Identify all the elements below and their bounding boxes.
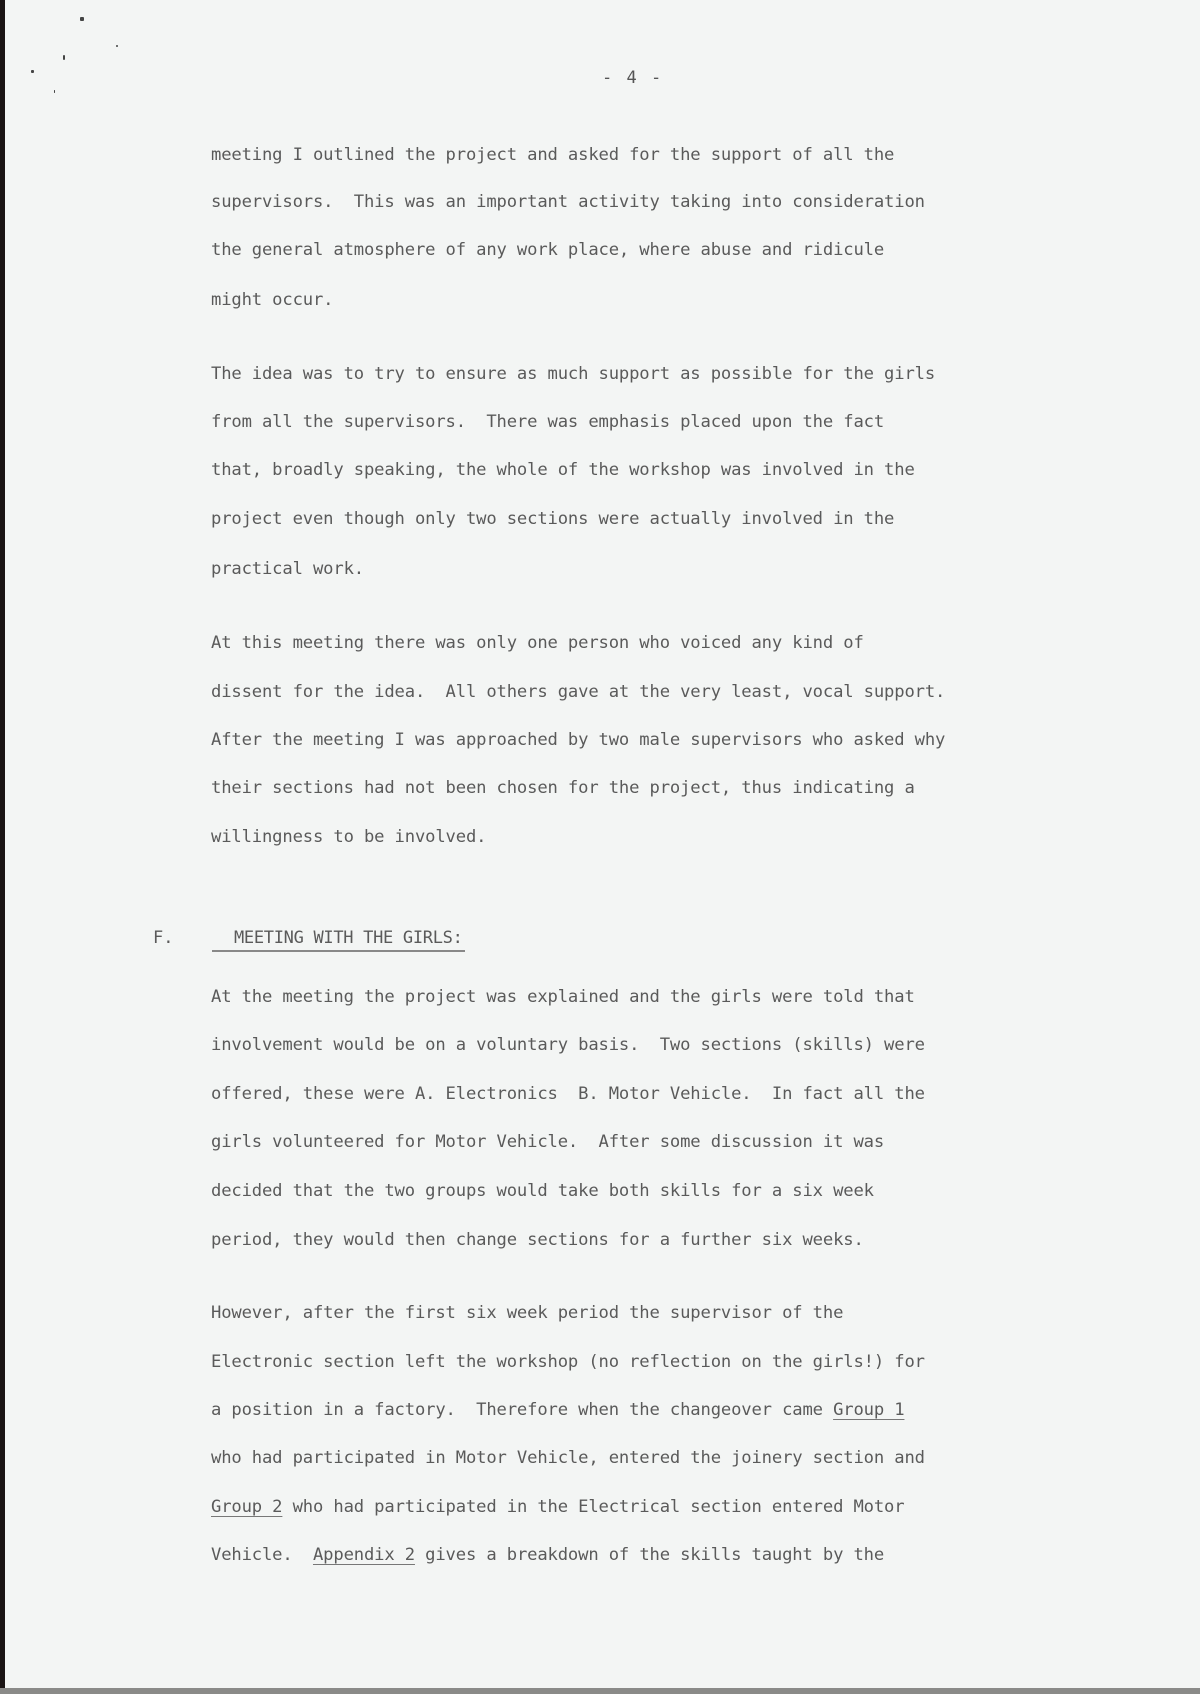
text-line: decided that the two groups would take b… [211,1180,874,1202]
scan-speck [80,17,84,21]
text-line-with-ref: Group 2 who had participated in the Elec… [211,1496,904,1518]
text-line: period, they would then change sections … [211,1229,864,1251]
text-line: supervisors. This was an important activ… [211,191,925,213]
text-line-with-ref: a position in a factory. Therefore when … [211,1399,904,1421]
text-line: that, broadly speaking, the whole of the… [211,459,915,481]
page-number: - 4 - [602,68,663,88]
group-2-reference: Group 2 [211,1497,282,1517]
text-line: project even though only two sections we… [211,508,894,530]
text-segment: a position in a factory. Therefore when … [211,1400,833,1420]
appendix-2-reference: Appendix 2 [313,1545,415,1565]
text-line: Electronic section left the workshop (no… [211,1351,925,1373]
scan-speck [116,45,118,47]
scan-speck [54,90,55,93]
group-1-reference: Group 1 [833,1400,904,1420]
text-line: involvement would be on a voluntary basi… [211,1034,925,1056]
text-line-with-ref: Vehicle. Appendix 2 gives a breakdown of… [211,1544,884,1566]
section-letter: F. [153,928,173,948]
section-heading: MEETING WITH THE GIRLS: [212,928,465,952]
text-line: might occur. [211,289,333,311]
text-line: who had participated in Motor Vehicle, e… [211,1447,925,1469]
scan-speck [31,70,34,73]
text-line: offered, these were A. Electronics B. Mo… [211,1083,925,1105]
text-line: dissent for the idea. All others gave at… [211,681,945,703]
text-line: girls volunteered for Motor Vehicle. Aft… [211,1131,884,1153]
text-line: their sections had not been chosen for t… [211,777,915,799]
scan-left-edge [0,0,5,1694]
text-line: the general atmosphere of any work place… [211,239,884,261]
text-segment: who had participated in the Electrical s… [282,1497,904,1517]
text-segment: Vehicle. [211,1545,313,1565]
text-line: from all the supervisors. There was emph… [211,411,884,433]
text-segment: gives a breakdown of the skills taught b… [415,1545,884,1565]
text-line: willingness to be involved. [211,826,486,848]
text-line: However, after the first six week period… [211,1302,843,1324]
scan-speck [63,55,65,60]
text-line: At the meeting the project was explained… [211,986,915,1008]
text-line: meeting I outlined the project and asked… [211,144,894,166]
text-line: At this meeting there was only one perso… [211,632,864,654]
text-line: The idea was to try to ensure as much su… [211,363,935,385]
scan-bottom-edge [0,1688,1200,1694]
text-line: After the meeting I was approached by tw… [211,729,945,751]
text-line: practical work. [211,558,364,580]
